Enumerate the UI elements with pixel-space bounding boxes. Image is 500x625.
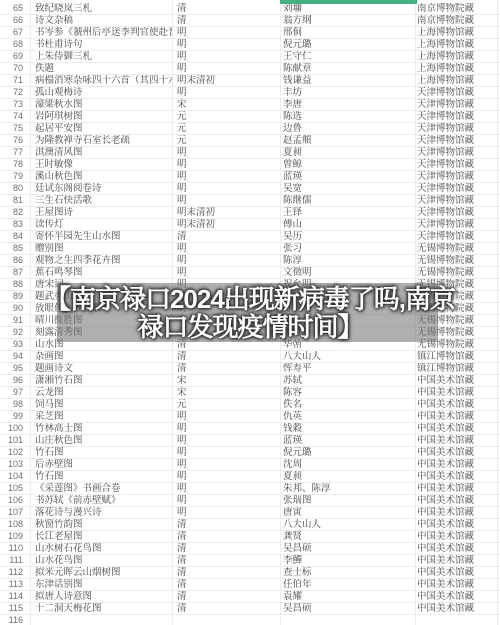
collection-cell[interactable]: 天津博物馆藏 bbox=[415, 207, 497, 218]
author-cell[interactable]: 刘墉 bbox=[280, 3, 415, 14]
collection-cell[interactable]: 中国美术馆藏 bbox=[415, 567, 497, 578]
author-cell[interactable]: 仇英 bbox=[280, 411, 415, 422]
author-cell[interactable]: 蓝瑛 bbox=[280, 435, 415, 446]
author-cell[interactable]: 王铎 bbox=[280, 207, 415, 218]
collection-cell[interactable]: 中国美术馆藏 bbox=[415, 387, 497, 398]
dynasty-cell[interactable]: 明 bbox=[172, 51, 280, 62]
author-cell[interactable]: 曾鲸 bbox=[280, 159, 415, 170]
dynasty-cell[interactable]: 清 bbox=[172, 555, 280, 566]
collection-cell[interactable]: 南京博物院藏 bbox=[415, 3, 497, 14]
dynasty-cell[interactable]: 明 bbox=[172, 243, 280, 254]
collection-cell[interactable]: 镇江博物馆藏 bbox=[415, 363, 497, 374]
title-cell[interactable]: 诗文杂稿 bbox=[30, 15, 172, 26]
title-cell[interactable]: 赠别图 bbox=[30, 243, 172, 254]
row-number-cell[interactable]: 72 bbox=[0, 87, 30, 98]
collection-cell[interactable]: 天津博物馆藏 bbox=[415, 147, 497, 158]
title-cell[interactable]: 致纪晓岚三札 bbox=[30, 3, 172, 14]
author-cell[interactable]: 倪元璐 bbox=[280, 39, 415, 50]
title-cell[interactable]: 观物之生四季花卉图 bbox=[30, 255, 172, 266]
author-cell[interactable]: 陈选 bbox=[280, 111, 415, 122]
table-row: 113东津话别图清任伯年中国美术馆藏 bbox=[0, 579, 500, 591]
collection-cell[interactable]: 中国美术馆藏 bbox=[415, 555, 497, 566]
collection-cell[interactable]: 上海博物馆藏 bbox=[415, 51, 497, 62]
table-row: 111山水花鸟图清李鱓中国美术馆藏 bbox=[0, 555, 500, 567]
table-row: 98饲马图元佚名中国美术馆藏 bbox=[0, 399, 500, 411]
collection-cell[interactable]: 中国美术馆藏 bbox=[415, 579, 497, 590]
author-cell[interactable]: 朱邦、陈淳 bbox=[280, 483, 415, 494]
table-row: 85赠别图明张习无锡博物院藏 bbox=[0, 243, 500, 255]
collection-cell[interactable]: 天津博物馆藏 bbox=[415, 171, 497, 182]
author-cell[interactable]: 任伯年 bbox=[280, 579, 415, 590]
row-number-cell[interactable]: 88 bbox=[0, 279, 30, 290]
collection-cell[interactable]: 上海博物馆藏 bbox=[415, 75, 497, 86]
table-row: 71病榻消寒杂咏四十六首（其四十六）明末清初钱谦益上海博物馆藏 bbox=[0, 75, 500, 87]
dynasty-cell[interactable]: 明 bbox=[172, 471, 280, 482]
dynasty-cell[interactable]: 清 bbox=[172, 567, 280, 578]
author-cell[interactable]: 丰坊 bbox=[280, 87, 415, 98]
title-cell[interactable]: 廷试东阁阅卷诗 bbox=[30, 183, 172, 194]
dynasty-cell[interactable]: 清 bbox=[172, 15, 280, 26]
title-cell[interactable]: 拟米元晖云山烟树图 bbox=[30, 567, 172, 578]
title-cell[interactable]: 岩阿琪树图 bbox=[30, 111, 172, 122]
author-cell[interactable]: 蓝瑛 bbox=[280, 171, 415, 182]
row-number-cell[interactable]: 96 bbox=[0, 375, 30, 386]
dynasty-cell[interactable]: 清 bbox=[172, 591, 280, 602]
row-number-cell[interactable]: 75 bbox=[0, 123, 30, 134]
row-number-cell[interactable]: 104 bbox=[0, 471, 30, 482]
row-number-cell[interactable]: 76 bbox=[0, 135, 30, 146]
dynasty-cell[interactable]: 明 bbox=[172, 495, 280, 506]
collection-cell[interactable]: 上海博物馆藏 bbox=[415, 63, 497, 74]
author-cell[interactable]: 吴历 bbox=[280, 231, 415, 242]
author-cell[interactable]: 翁方纲 bbox=[280, 15, 415, 26]
row-number-cell[interactable]: 69 bbox=[0, 51, 30, 62]
title-cell[interactable]: 王屋图诗 bbox=[30, 207, 172, 218]
collection-cell[interactable]: 中国美术馆藏 bbox=[415, 447, 497, 458]
title-cell[interactable]: 秋窗竹韵图 bbox=[30, 519, 172, 530]
table-row: 103后赤壁图明沈周中国美术馆藏 bbox=[0, 459, 500, 471]
row-number-cell[interactable]: 97 bbox=[0, 387, 30, 398]
collection-cell[interactable]: 上海博物馆藏 bbox=[415, 27, 497, 38]
row-number-cell[interactable]: 99 bbox=[0, 411, 30, 422]
title-cell[interactable]: 云龙图 bbox=[30, 387, 172, 398]
table-row: 70佚题明陈献章上海博物馆藏 bbox=[0, 63, 500, 75]
row-number-cell[interactable]: 68 bbox=[0, 39, 30, 50]
table-row: 99采芝图明仇英中国美术馆藏 bbox=[0, 411, 500, 423]
dynasty-cell[interactable]: 明 bbox=[172, 171, 280, 182]
collection-cell[interactable]: 天津博物馆藏 bbox=[415, 219, 497, 230]
dynasty-cell[interactable]: 清 bbox=[172, 603, 280, 614]
dynasty-cell[interactable]: 明 bbox=[172, 159, 280, 170]
title-cell[interactable]: 淇澳清风图 bbox=[30, 147, 172, 158]
collection-cell[interactable]: 天津博物馆藏 bbox=[415, 231, 497, 242]
dynasty-cell[interactable]: 明 bbox=[172, 423, 280, 434]
dynasty-cell[interactable]: 明末清初 bbox=[172, 75, 280, 86]
row-number-cell[interactable]: 102 bbox=[0, 447, 30, 458]
dynasty-cell[interactable]: 明 bbox=[172, 63, 280, 74]
dynasty-cell[interactable]: 宋 bbox=[172, 99, 280, 110]
author-cell[interactable]: 夏昶 bbox=[280, 471, 415, 482]
title-cell[interactable]: 东津话别图 bbox=[30, 579, 172, 590]
collection-cell[interactable]: 天津博物馆藏 bbox=[415, 159, 497, 170]
row-number-cell[interactable]: 93 bbox=[0, 339, 30, 350]
collection-cell[interactable]: 中国美术馆藏 bbox=[415, 399, 497, 410]
author-cell[interactable]: 边鲁 bbox=[280, 123, 415, 134]
table-row: 83读传灯明末清初傅山天津博物馆藏 bbox=[0, 219, 500, 231]
title-cell[interactable]: 上朱侍御三札 bbox=[30, 51, 172, 62]
row-number-cell[interactable]: 70 bbox=[0, 63, 30, 74]
dynasty-cell[interactable]: 元 bbox=[172, 399, 280, 410]
author-cell[interactable]: 陈继儒 bbox=[280, 195, 415, 206]
author-cell[interactable]: 苏轼 bbox=[280, 375, 415, 386]
table-row: 73濠梁秋水图宋李唐天津博物馆藏 bbox=[0, 99, 500, 111]
row-number-cell[interactable]: 80 bbox=[0, 183, 30, 194]
dynasty-cell[interactable]: 清 bbox=[172, 519, 280, 530]
title-cell[interactable]: 孤山观梅诗 bbox=[30, 87, 172, 98]
title-cell[interactable]: 书岑参《虢州后亭送李判官使赴晋绛 bbox=[30, 27, 172, 38]
author-cell[interactable]: 沈周 bbox=[280, 459, 415, 470]
row-number-cell[interactable]: 92 bbox=[0, 327, 30, 338]
table-row: 96潇湘竹石图宋苏轼中国美术馆藏 bbox=[0, 375, 500, 387]
row-number-cell[interactable]: 86 bbox=[0, 255, 30, 266]
table-row: 100竹林高士图明钱穀中国美术馆藏 bbox=[0, 423, 500, 435]
collection-cell[interactable]: 中国美术馆藏 bbox=[415, 519, 497, 530]
table-row: 116 bbox=[0, 615, 500, 625]
collection-cell[interactable]: 天津博物馆藏 bbox=[415, 183, 497, 194]
collection-cell[interactable]: 中国美术馆藏 bbox=[415, 507, 497, 518]
row-number-cell[interactable]: 114 bbox=[0, 591, 30, 602]
author-cell[interactable]: 王守仁 bbox=[280, 51, 415, 62]
title-cell[interactable]: 竹石图 bbox=[30, 471, 172, 482]
row-number-cell[interactable]: 74 bbox=[0, 111, 30, 122]
collection-cell[interactable]: 天津博物馆藏 bbox=[415, 87, 497, 98]
row-number-cell[interactable]: 82 bbox=[0, 207, 30, 218]
row-number-cell[interactable]: 105 bbox=[0, 483, 30, 494]
author-cell[interactable]: 文徵明 bbox=[280, 267, 415, 278]
author-cell[interactable]: 倪元璐 bbox=[280, 447, 415, 458]
row-number-cell[interactable]: 103 bbox=[0, 459, 30, 470]
table-row: 112拟米元晖云山烟树图清查士标中国美术馆藏 bbox=[0, 567, 500, 579]
table-row: 87蕉石鸣琴图明文徵明无锡博物院藏 bbox=[0, 267, 500, 279]
title-cell[interactable]: 《采莲图》书画合卷 bbox=[30, 483, 172, 494]
row-number-cell[interactable]: 91 bbox=[0, 315, 30, 326]
collection-cell[interactable]: 中国美术馆藏 bbox=[415, 423, 497, 434]
author-cell[interactable]: 八大山人 bbox=[280, 351, 415, 362]
row-number-cell[interactable]: 83 bbox=[0, 219, 30, 230]
row-number-cell[interactable]: 84 bbox=[0, 231, 30, 242]
dynasty-cell[interactable]: 宋 bbox=[172, 375, 280, 386]
collection-cell[interactable]: 中国美术馆藏 bbox=[415, 603, 497, 614]
row-number-cell[interactable]: 78 bbox=[0, 159, 30, 170]
title-cell[interactable]: 饲马图 bbox=[30, 399, 172, 410]
collection-cell[interactable]: 中国美术馆藏 bbox=[415, 459, 497, 470]
table-row: 69上朱侍御三札明王守仁上海博物馆藏 bbox=[0, 51, 500, 63]
table-row: 107落花诗与漫兴诗明唐寅中国美术馆藏 bbox=[0, 507, 500, 519]
author-cell[interactable]: 唐寅 bbox=[280, 507, 415, 518]
dynasty-cell[interactable]: 元 bbox=[172, 123, 280, 134]
author-cell[interactable]: 八大山人 bbox=[280, 519, 415, 530]
dynasty-cell[interactable]: 明 bbox=[172, 459, 280, 470]
table-row: 68书杜甫诗句明倪元璐上海博物馆藏 bbox=[0, 39, 500, 51]
author-cell[interactable]: 袁耀 bbox=[280, 591, 415, 602]
collection-cell[interactable]: 中国美术馆藏 bbox=[415, 435, 497, 446]
row-number-cell[interactable]: 71 bbox=[0, 75, 30, 86]
row-number-cell[interactable]: 81 bbox=[0, 195, 30, 206]
column-gridline bbox=[497, 0, 498, 625]
title-cell[interactable]: 佚题 bbox=[30, 63, 172, 74]
dynasty-cell[interactable]: 清 bbox=[172, 579, 280, 590]
caption-line-1: 【南京禄口2024出现新病毒了吗,南京 bbox=[40, 285, 460, 313]
dynasty-cell[interactable]: 清 bbox=[172, 231, 280, 242]
collection-cell[interactable]: 无锡博物院藏 bbox=[415, 267, 497, 278]
row-number-cell[interactable]: 89 bbox=[0, 291, 30, 302]
table-row: 78王时敏像明曾鲸天津博物馆藏 bbox=[0, 159, 500, 171]
row-number-cell[interactable]: 112 bbox=[0, 567, 30, 578]
author-cell[interactable]: 陈献章 bbox=[280, 63, 415, 74]
row-number-cell[interactable]: 111 bbox=[0, 555, 30, 566]
author-cell[interactable]: 张瑞图 bbox=[280, 495, 415, 506]
row-number-cell[interactable]: 73 bbox=[0, 99, 30, 110]
title-cell[interactable]: 为隆教禅寺石室长老疏 bbox=[30, 135, 172, 146]
column-gridline bbox=[30, 0, 31, 625]
row-number-cell[interactable]: 116 bbox=[0, 615, 30, 625]
author-cell[interactable]: 李唐 bbox=[280, 99, 415, 110]
dynasty-cell[interactable]: 明 bbox=[172, 183, 280, 194]
author-cell[interactable]: 龚贤 bbox=[280, 531, 415, 542]
author-cell[interactable]: 钱穀 bbox=[280, 423, 415, 434]
table-row: 114拟唐人诗意图清袁耀中国美术馆藏 bbox=[0, 591, 500, 603]
row-number-cell[interactable]: 113 bbox=[0, 579, 30, 590]
title-cell[interactable]: 濠梁秋水图 bbox=[30, 99, 172, 110]
author-cell[interactable]: 吴宽 bbox=[280, 183, 415, 194]
row-number-cell[interactable]: 65 bbox=[0, 3, 30, 14]
collection-cell[interactable]: 中国美术馆藏 bbox=[415, 591, 497, 602]
dynasty-cell[interactable]: 明 bbox=[172, 447, 280, 458]
title-cell[interactable]: 竹石图 bbox=[30, 447, 172, 458]
title-cell[interactable]: 竹林高士图 bbox=[30, 423, 172, 434]
title-cell[interactable]: 病榻消寒杂咏四十六首（其四十六） bbox=[30, 75, 172, 86]
row-number-cell[interactable]: 90 bbox=[0, 303, 30, 314]
table-row: 94杂画图清八大山人镇江博物馆藏 bbox=[0, 351, 500, 363]
table-row: 102竹石图明倪元璐中国美术馆藏 bbox=[0, 447, 500, 459]
author-cell[interactable]: 傅山 bbox=[280, 219, 415, 230]
table-row: 110山水树石花鸟图清吴昌硕中国美术馆藏 bbox=[0, 543, 500, 555]
row-number-cell[interactable]: 100 bbox=[0, 423, 30, 434]
author-cell[interactable]: 张习 bbox=[280, 243, 415, 254]
author-cell[interactable]: 吴昌硕 bbox=[280, 603, 415, 614]
table-row: 106书苏轼《前赤壁赋》明张瑞图中国美术馆藏 bbox=[0, 495, 500, 507]
title-cell[interactable]: 王时敏像 bbox=[30, 159, 172, 170]
dynasty-cell[interactable]: 清 bbox=[172, 3, 280, 14]
author-cell[interactable]: 陈容 bbox=[280, 387, 415, 398]
title-cell[interactable]: 书苏轼《前赤壁赋》 bbox=[30, 495, 172, 506]
table-row: 65致纪晓岚三札清刘墉南京博物院藏 bbox=[0, 3, 500, 15]
collection-cell[interactable]: 天津博物馆藏 bbox=[415, 135, 497, 146]
author-cell[interactable]: 李鱓 bbox=[280, 555, 415, 566]
dynasty-cell[interactable]: 元 bbox=[172, 111, 280, 122]
dynasty-cell[interactable]: 明 bbox=[172, 267, 280, 278]
collection-cell[interactable]: 南京博物院藏 bbox=[415, 15, 497, 26]
author-cell[interactable]: 查士标 bbox=[280, 567, 415, 578]
title-cell[interactable]: 潇湘竹石图 bbox=[30, 375, 172, 386]
author-cell[interactable]: 吴昌硕 bbox=[280, 543, 415, 554]
dynasty-cell[interactable]: 明 bbox=[172, 147, 280, 158]
dynasty-cell[interactable]: 明 bbox=[172, 195, 280, 206]
row-number-cell[interactable]: 79 bbox=[0, 171, 30, 182]
table-row: 82王屋图诗明末清初王铎天津博物馆藏 bbox=[0, 207, 500, 219]
collection-cell[interactable]: 中国美术馆藏 bbox=[415, 543, 497, 554]
row-number-cell[interactable]: 98 bbox=[0, 399, 30, 410]
author-cell[interactable]: 陈淳 bbox=[280, 255, 415, 266]
row-number-cell[interactable]: 77 bbox=[0, 147, 30, 158]
collection-cell[interactable]: 镇江博物馆藏 bbox=[415, 351, 497, 362]
title-cell[interactable]: 寄怀半园先生山水图 bbox=[30, 231, 172, 242]
title-cell[interactable]: 读传灯 bbox=[30, 219, 172, 230]
dynasty-cell[interactable]: 清 bbox=[172, 531, 280, 542]
title-cell[interactable]: 长江老屋图 bbox=[30, 531, 172, 542]
title-cell[interactable]: 溪山秋色图 bbox=[30, 171, 172, 182]
dynasty-cell[interactable]: 明 bbox=[172, 87, 280, 98]
row-number-cell[interactable]: 66 bbox=[0, 15, 30, 26]
author-cell[interactable]: 夏昶 bbox=[280, 147, 415, 158]
dynasty-cell[interactable]: 明 bbox=[172, 411, 280, 422]
table-row: 105《采莲图》书画合卷明朱邦、陈淳中国美术馆藏 bbox=[0, 483, 500, 495]
table-row: 108秋窗竹韵图清八大山人中国美术馆藏 bbox=[0, 519, 500, 531]
collection-cell[interactable]: 天津博物馆藏 bbox=[415, 195, 497, 206]
collection-cell[interactable]: 中国美术馆藏 bbox=[415, 411, 497, 422]
title-cell[interactable]: 三生石快活歌 bbox=[30, 195, 172, 206]
dynasty-cell[interactable]: 明 bbox=[172, 435, 280, 446]
row-number-cell[interactable]: 106 bbox=[0, 495, 30, 506]
row-number-cell[interactable]: 101 bbox=[0, 435, 30, 446]
row-number-cell[interactable]: 110 bbox=[0, 543, 30, 554]
author-cell[interactable]: 佚名 bbox=[280, 399, 415, 410]
title-cell[interactable]: 起居平安图 bbox=[30, 123, 172, 134]
table-row: 81三生石快活歌明陈继儒天津博物馆藏 bbox=[0, 195, 500, 207]
title-cell[interactable]: 山庄秋色图 bbox=[30, 435, 172, 446]
title-cell[interactable]: 蕉石鸣琴图 bbox=[30, 267, 172, 278]
caption-overlay-text: 【南京禄口2024出现新病毒了吗,南京 禄口发现疫情时间】 bbox=[40, 285, 460, 341]
dynasty-cell[interactable]: 清 bbox=[172, 543, 280, 554]
table-row: 77淇澳清风图明夏昶天津博物馆藏 bbox=[0, 147, 500, 159]
dynasty-cell[interactable]: 宋 bbox=[172, 387, 280, 398]
collection-cell[interactable]: 无锡博物院藏 bbox=[415, 255, 497, 266]
selection-highlight-bar bbox=[280, 0, 417, 4]
table-row: 75起居平安图元边鲁天津博物馆藏 bbox=[0, 123, 500, 135]
row-number-cell[interactable]: 85 bbox=[0, 243, 30, 254]
title-cell[interactable]: 拟唐人诗意图 bbox=[30, 591, 172, 602]
table-row: 66诗文杂稿清翁方纲南京博物院藏 bbox=[0, 15, 500, 27]
table-row: 74岩阿琪树图元陈选天津博物馆藏 bbox=[0, 111, 500, 123]
collection-cell[interactable]: 无锡博物院藏 bbox=[415, 243, 497, 254]
collection-cell[interactable]: 中国美术馆藏 bbox=[415, 531, 497, 542]
row-number-cell[interactable]: 108 bbox=[0, 519, 30, 530]
author-cell[interactable]: 钱谦益 bbox=[280, 75, 415, 86]
caption-line-2: 禄口发现疫情时间】 bbox=[40, 313, 460, 341]
dynasty-cell[interactable]: 元 bbox=[172, 135, 280, 146]
table-row: 109长江老屋图清龚贤中国美术馆藏 bbox=[0, 531, 500, 543]
dynasty-cell[interactable]: 明末清初 bbox=[172, 219, 280, 230]
dynasty-cell[interactable]: 明末清初 bbox=[172, 207, 280, 218]
title-cell[interactable]: 杂画图 bbox=[30, 351, 172, 362]
title-cell[interactable]: 落花诗与漫兴诗 bbox=[30, 507, 172, 518]
collection-cell[interactable]: 天津博物馆藏 bbox=[415, 99, 497, 110]
title-cell[interactable]: 采芝图 bbox=[30, 411, 172, 422]
table-row: 79溪山秋色图明蓝瑛天津博物馆藏 bbox=[0, 171, 500, 183]
dynasty-cell[interactable]: 清 bbox=[172, 351, 280, 362]
artwork-table-page: 65致纪晓岚三札清刘墉南京博物院藏66诗文杂稿清翁方纲南京博物院藏67书岑参《虢… bbox=[0, 0, 500, 625]
table-row: 72孤山观梅诗明丰坊天津博物馆藏 bbox=[0, 87, 500, 99]
row-number-cell[interactable]: 109 bbox=[0, 531, 30, 542]
table-row: 86观物之生四季花卉图明陈淳无锡博物院藏 bbox=[0, 255, 500, 267]
table-row: 101山庄秋色图明蓝瑛中国美术馆藏 bbox=[0, 435, 500, 447]
dynasty-cell[interactable]: 明 bbox=[172, 39, 280, 50]
title-cell[interactable]: 十二洞天梅花图 bbox=[30, 603, 172, 614]
table-row: 76为隆教禅寺石室长老疏元赵孟頫天津博物馆藏 bbox=[0, 135, 500, 147]
table-row: 80廷试东阁阅卷诗明吴宽天津博物馆藏 bbox=[0, 183, 500, 195]
row-number-cell[interactable]: 107 bbox=[0, 507, 30, 518]
author-cell[interactable]: 邢侗 bbox=[280, 27, 415, 38]
title-cell[interactable]: 山水花鸟图 bbox=[30, 555, 172, 566]
collection-cell[interactable]: 上海博物馆藏 bbox=[415, 39, 497, 50]
row-number-cell[interactable]: 115 bbox=[0, 603, 30, 614]
dynasty-cell[interactable]: 清 bbox=[172, 363, 280, 374]
title-cell[interactable]: 题画诗文 bbox=[30, 363, 172, 374]
title-cell[interactable]: 书杜甫诗句 bbox=[30, 39, 172, 50]
table-row: 115十二洞天梅花图清吴昌硕中国美术馆藏 bbox=[0, 603, 500, 615]
table-row: 67书岑参《虢州后亭送李判官使赴晋绛明邢侗上海博物馆藏 bbox=[0, 27, 500, 39]
collection-cell[interactable]: 中国美术馆藏 bbox=[415, 375, 497, 386]
collection-cell[interactable]: 天津博物馆藏 bbox=[415, 111, 497, 122]
row-number-cell[interactable]: 95 bbox=[0, 363, 30, 374]
collection-cell[interactable]: 天津博物馆藏 bbox=[415, 123, 497, 134]
table-row: 104竹石图明夏昶中国美术馆藏 bbox=[0, 471, 500, 483]
collection-cell[interactable]: 中国美术馆藏 bbox=[415, 495, 497, 506]
dynasty-cell[interactable]: 明 bbox=[172, 483, 280, 494]
dynasty-cell[interactable]: 明 bbox=[172, 507, 280, 518]
row-number-cell[interactable]: 67 bbox=[0, 27, 30, 38]
collection-cell[interactable]: 中国美术馆藏 bbox=[415, 483, 497, 494]
collection-cell[interactable]: 中国美术馆藏 bbox=[415, 471, 497, 482]
author-cell[interactable]: 赵孟頫 bbox=[280, 135, 415, 146]
dynasty-cell[interactable]: 明 bbox=[172, 255, 280, 266]
dynasty-cell[interactable]: 明 bbox=[172, 27, 280, 38]
title-cell[interactable]: 山水树石花鸟图 bbox=[30, 543, 172, 554]
table-row: 97云龙图宋陈容中国美术馆藏 bbox=[0, 387, 500, 399]
title-cell[interactable]: 后赤壁图 bbox=[30, 459, 172, 470]
author-cell[interactable]: 恽寿平 bbox=[280, 363, 415, 374]
row-number-cell[interactable]: 87 bbox=[0, 267, 30, 278]
table-row: 84寄怀半园先生山水图清吴历天津博物馆藏 bbox=[0, 231, 500, 243]
table-row: 95题画诗文清恽寿平镇江博物馆藏 bbox=[0, 363, 500, 375]
row-number-cell[interactable]: 94 bbox=[0, 351, 30, 362]
